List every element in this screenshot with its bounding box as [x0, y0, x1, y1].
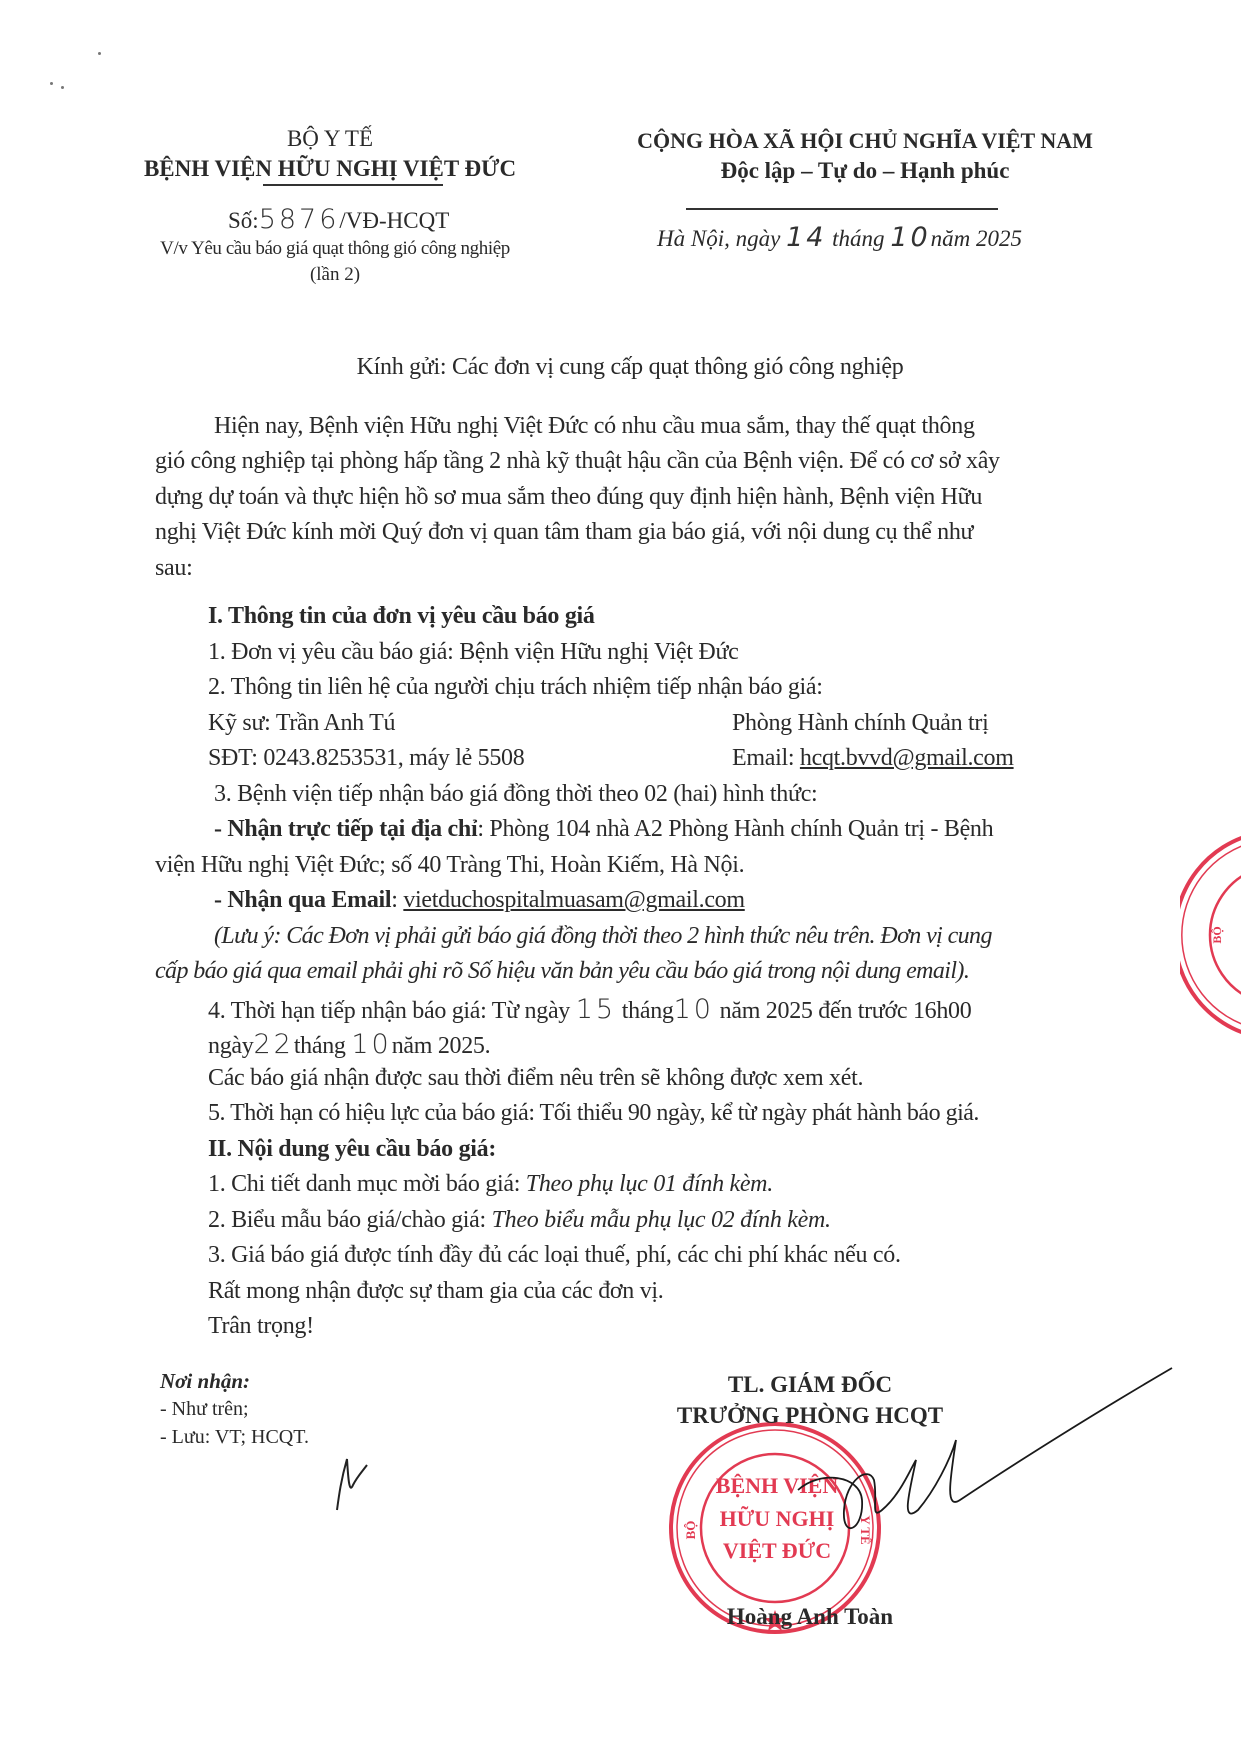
signatory-name: Hoàng Anh Toàn [660, 1604, 960, 1630]
date-month-label: tháng [832, 226, 884, 251]
initials-mark [335, 1455, 375, 1515]
from-day-handwritten: 15 [576, 994, 616, 1025]
doc-no-handwritten: 5876 [259, 204, 340, 235]
item-text: 2. Biểu mẫu báo giá/chào giá: [208, 1207, 492, 1233]
note-line-1: (Lưu ý: Các Đơn vị phải gửi báo giá đồng… [214, 923, 992, 950]
recipients-title: Nơi nhận: [160, 1369, 250, 1394]
closing-line-1: Rất mong nhận được sự tham gia của các đ… [208, 1278, 663, 1305]
hospital-underline [263, 184, 443, 186]
section-2-item-2: 2. Biểu mẫu báo giá/chào giá: Theo biểu … [208, 1207, 831, 1234]
scan-speck [50, 82, 53, 85]
direct-text: : Phòng 104 nhà A2 Phòng Hành chính Quản… [477, 816, 993, 842]
recipient-line: Kính gửi: Các đơn vị cung cấp quạt thông… [150, 354, 1110, 381]
direct-submission-line-2: viện Hữu nghị Việt Đức; số 40 Tràng Thi,… [155, 852, 744, 879]
subject-line-2: (lần 2) [125, 264, 545, 286]
item4-text: 4. Thời hạn tiếp nhận báo giá: Từ ngày [208, 998, 570, 1024]
contact-department: Phòng Hành chính Quản trị [732, 710, 988, 737]
section-1-item-4-line-1: 4. Thời hạn tiếp nhận báo giá: Từ ngày 1… [208, 994, 971, 1025]
section-2-item-3: 3. Giá báo giá được tính đầy đủ các loại… [208, 1242, 901, 1269]
contact-name: Kỹ sư: Trần Anh Tú [208, 710, 395, 737]
intro-line: gió công nghiệp tại phòng hấp tầng 2 nhà… [155, 448, 1000, 475]
section-1-item-5: 5. Thời hạn có hiệu lực của báo giá: Tối… [208, 1100, 979, 1127]
section-1-title: I. Thông tin của đơn vị yêu cầu báo giá [208, 603, 595, 630]
section-2-item-1: 1. Chi tiết danh mục mời báo giá: Theo p… [208, 1171, 773, 1198]
date-month: 10 [890, 222, 930, 253]
partial-stamp-edge: BỘ [1180, 830, 1241, 1040]
intro-line: sau: [155, 555, 192, 582]
scan-speck [98, 52, 101, 55]
recipients-item: - Lưu: VT; HCQT. [160, 1426, 309, 1449]
recipients-item: - Như trên; [160, 1398, 249, 1421]
item-text: 1. Chi tiết danh mục mời báo giá: [208, 1171, 526, 1197]
direct-label: - Nhận trực tiếp tại địa chỉ [214, 816, 477, 842]
closing-line-2: Trân trọng! [208, 1313, 314, 1340]
contact-email-label: Email: [732, 745, 800, 771]
from-month-handwritten: 10 [674, 994, 714, 1025]
section-1-item-3: 3. Bệnh viện tiếp nhận báo giá đồng thời… [214, 781, 817, 808]
item4-text: năm 2025. [392, 1033, 491, 1059]
contact-phone: SĐT: 0243.8253531, máy lẻ 5508 [208, 745, 524, 772]
doc-no-label: Số: [228, 208, 259, 233]
handwritten-signature [780, 1360, 1180, 1560]
item4-text: năm 2025 đến trước 16h00 [720, 998, 972, 1024]
date-prefix: Hà Nội, ngày [657, 226, 780, 251]
section-2-title: II. Nội dung yêu cầu báo giá: [208, 1136, 496, 1163]
item-attachment: Theo biểu mẫu phụ lục 02 đính kèm. [492, 1207, 831, 1233]
item-attachment: Theo phụ lục 01 đính kèm. [526, 1171, 773, 1197]
doc-no-suffix: /VĐ-HCQT [339, 208, 449, 233]
item4-text: ngày [208, 1033, 253, 1059]
intro-line: nghị Việt Đức kính mời Quý đơn vị quan t… [155, 519, 973, 546]
date-day: 14 [786, 222, 826, 253]
partial-stamp-side: BỘ [1210, 926, 1224, 943]
item4-text: tháng [622, 998, 674, 1024]
to-month-handwritten: 10 [351, 1029, 391, 1060]
ministry-name: BỘ Y TẾ [130, 126, 530, 152]
hospital-name: BỆNH VIỆN HỮU NGHỊ VIỆT ĐỨC [115, 156, 545, 182]
section-1-item-2: 2. Thông tin liên hệ của người chịu trác… [208, 674, 823, 701]
contact-email-row: Email: hcqt.bvvd@gmail.com [732, 745, 1014, 772]
national-motto: Độc lập – Tự do – Hạnh phúc [595, 158, 1135, 184]
direct-submission-line-1: - Nhận trực tiếp tại địa chỉ: Phòng 104 … [214, 816, 993, 843]
email-submission: - Nhận qua Email: vietduchospitalmuasam@… [214, 887, 745, 914]
country-name: CỘNG HÒA XÃ HỘI CHỦ NGHĨA VIỆT NAM [595, 128, 1135, 154]
to-day-handwritten: 22 [253, 1029, 293, 1060]
scan-speck [61, 86, 64, 89]
intro-line: dựng dự toán và thực hiện hồ sơ mua sắm … [155, 484, 982, 511]
intro-line: Hiện nay, Bệnh viện Hữu nghị Việt Đức có… [214, 413, 975, 440]
stamp-side-left: BỘ [683, 1521, 698, 1540]
document-number: Số:5876/VĐ-HCQT [228, 204, 449, 235]
subject-line-1: V/v Yêu cầu báo giá quạt thông gió công … [125, 238, 545, 260]
email-sep: : [391, 887, 403, 913]
email-label: - Nhận qua Email [214, 887, 391, 913]
late-submission-note: Các báo giá nhận được sau thời điểm nêu … [208, 1065, 863, 1092]
issue-date: Hà Nội, ngày 14 tháng 10năm 2025 [657, 222, 1022, 253]
item4-text: tháng [294, 1033, 346, 1059]
motto-underline [686, 208, 998, 210]
note-line-2: cấp báo giá qua email phải ghi rõ Số hiệ… [155, 958, 969, 985]
submission-email-link[interactable]: vietduchospitalmuasam@gmail.com [403, 887, 744, 913]
date-year: năm 2025 [931, 226, 1022, 251]
section-1-item-4-line-2: ngày22tháng 10năm 2025. [208, 1029, 490, 1060]
contact-email-link[interactable]: hcqt.bvvd@gmail.com [800, 745, 1014, 771]
section-1-item-1: 1. Đơn vị yêu cầu báo giá: Bệnh viện Hữu… [208, 639, 739, 666]
